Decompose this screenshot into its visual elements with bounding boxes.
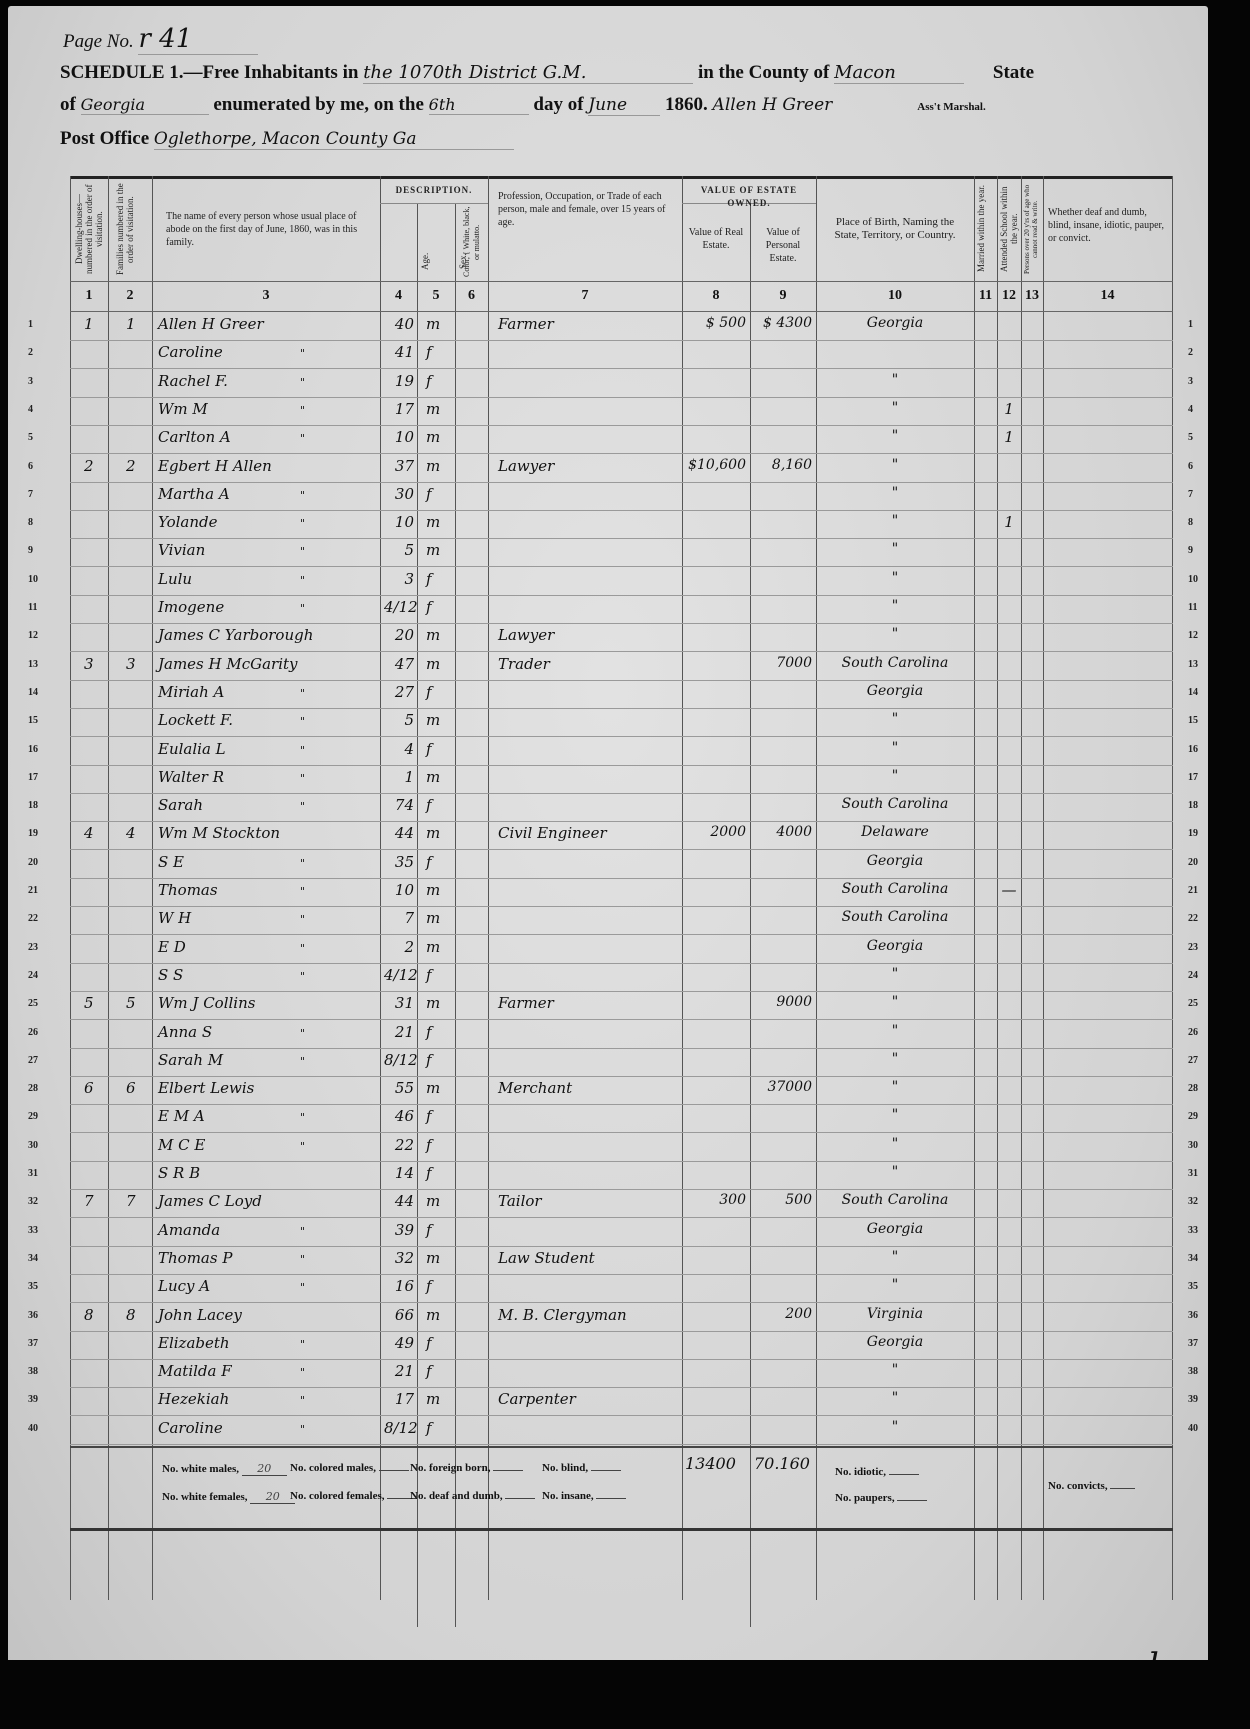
table-bottom-rule [70,1528,1173,1531]
birthplace: Georgia [820,683,970,699]
sex: m [426,1306,440,1324]
table-row: 6 6 2 2 Egbert H Allen 37 m Lawyer $10,6… [70,455,1173,483]
occupation: Farmer [498,315,554,333]
colored-males-blank [379,1470,409,1471]
ditto-mark: " [300,800,305,813]
post-office-line: Post Office Oglethorpe, Macon County Ga [60,128,514,150]
line-number-right: 30 [1188,1140,1198,1151]
district-value: the 1070th District G.M. [363,62,693,84]
occupation: Civil Engineer [498,824,607,842]
sex: m [426,909,440,927]
sex: m [426,513,440,531]
ditto-mark: " [300,1140,305,1153]
birthplace: Georgia [820,938,970,954]
col-number: 1 [70,288,108,304]
line-number-right: 8 [1188,517,1193,528]
line-number-right: 21 [1188,885,1198,896]
line-number-left: 18 [28,800,38,811]
table-row: 28 28 6 6 Elbert Lewis 55 m Merchant 370… [70,1077,1173,1105]
line-number-right: 40 [1188,1423,1198,1434]
age: 4/12 [384,598,414,616]
sex: m [426,1192,440,1210]
enumerated-label: enumerated by me, on the [213,94,424,115]
colored-females-total: No. colored females, [290,1490,417,1502]
person-name: S R B [158,1164,200,1182]
ditto-mark: " [300,1111,305,1124]
table-row: 9 9 Vivian " 5 m " [70,539,1173,567]
person-name: Elbert Lewis [158,1079,254,1097]
line-number-right: 10 [1188,574,1198,585]
line-number-left: 33 [28,1225,38,1236]
sex: f [426,1277,432,1295]
sex: m [426,315,440,333]
occupation: Lawyer [498,457,554,475]
ditto-mark: " [300,1338,305,1351]
white-males-value: 20 [242,1462,287,1476]
col-number: 9 [750,288,816,304]
dwelling-number: 6 [84,1079,94,1097]
white-females-total: No. white females, 20 [162,1490,295,1504]
line-number-right: 28 [1188,1083,1198,1094]
person-name: Eulalia L [158,740,226,758]
person-name: Amanda [158,1221,220,1239]
table-row: 13 13 3 3 James H McGarity 47 m Trader 7… [70,653,1173,681]
table-row: 15 15 Lockett F. " 5 m " [70,709,1173,737]
table-row: 8 8 Yolande " 10 m " 1 [70,511,1173,539]
age: 2 [384,938,414,956]
line-number-right: 7 [1188,489,1193,500]
family-number: 2 [126,457,136,475]
paupers-label: No. paupers, [835,1492,895,1504]
sex: f [426,796,432,814]
attended-school: — [999,881,1019,899]
line-number-left: 32 [28,1196,38,1207]
attended-school: 1 [999,400,1019,418]
age: 10 [384,513,414,531]
ditto-mark: " [300,602,305,615]
line-number-right: 17 [1188,772,1198,783]
occupation: M. B. Clergyman [498,1306,627,1324]
age: 66 [384,1306,414,1324]
person-name: M C E [158,1136,205,1154]
colored-males-label: No. colored males, [290,1462,376,1474]
deaf-dumb-blank [505,1498,535,1499]
personal-estate-value: 8,160 [752,457,812,473]
col-number: 7 [488,288,682,304]
age: 17 [384,1390,414,1408]
real-estate-value: 2000 [684,824,746,840]
age: 1 [384,768,414,786]
day-value: 6th [429,95,529,115]
line-number-left: 23 [28,942,38,953]
age: 3 [384,570,414,588]
col-number: 13 [1021,288,1043,304]
real-estate-total: 13400 [685,1454,736,1473]
sex: f [426,966,432,984]
foreign-born-label: No. foreign born, [410,1462,490,1474]
birthplace: Georgia [820,1334,970,1350]
blind-blank [591,1470,621,1471]
family-number: 3 [126,655,136,673]
birthplace: " [820,740,970,756]
person-name: James C Yarborough [158,626,313,644]
age: 37 [384,457,414,475]
birthplace: Virginia [820,1306,970,1322]
person-name: Caroline [158,1419,223,1437]
table-row: 33 33 Amanda " 39 f Georgia [70,1219,1173,1247]
table-row: 17 17 Walter R " 1 m " [70,766,1173,794]
sex: m [426,1079,440,1097]
line-number-right: 11 [1188,602,1197,613]
table-row: 31 31 S R B 14 f " [70,1162,1173,1190]
day-of-label: day of [533,94,583,115]
line-number-right: 5 [1188,432,1193,443]
line-number-right: 38 [1188,1366,1198,1377]
table-row: 7 7 Martha A " 30 f " [70,483,1173,511]
sex: m [426,457,440,475]
line-number-left: 9 [28,545,33,556]
age: 4 [384,740,414,758]
post-office-label: Post Office [60,128,149,149]
person-name: Matilda F [158,1362,232,1380]
age: 30 [384,485,414,503]
birthplace: " [820,428,970,444]
age: 20 [384,626,414,644]
person-name: John Lacey [158,1306,242,1324]
foreign-born-blank [493,1470,523,1471]
sex: m [426,994,440,1012]
table-row: 11 11 Imogene " 4/12 f " [70,596,1173,624]
convicts-label: No. convicts, [1048,1480,1108,1492]
person-name: Thomas P [158,1249,232,1267]
idiotic-blank [889,1474,919,1475]
col-number: 3 [152,288,380,304]
occupation: Carpenter [498,1390,576,1408]
ditto-mark: " [300,857,305,870]
line-number-left: 36 [28,1310,38,1321]
dwelling-number: 3 [84,655,94,673]
line-number-right: 9 [1188,545,1193,556]
birthplace: " [820,1390,970,1406]
person-name: Yolande [158,513,218,531]
ditto-mark: " [300,1055,305,1068]
line-number-left: 16 [28,744,38,755]
sex: m [426,938,440,956]
state-value: Georgia [81,95,209,115]
sex: f [426,1419,432,1437]
real-estate-value: $10,600 [684,457,746,473]
family-number: 6 [126,1079,136,1097]
age: 21 [384,1023,414,1041]
white-males-label: No. white males, [162,1463,239,1475]
line-number-right: 6 [1188,461,1193,472]
birthplace: " [820,541,970,557]
person-name: E M A [158,1107,205,1125]
sex: f [426,740,432,758]
county-label: in the County of [698,62,829,83]
birthplace: " [820,1051,970,1067]
line-number-right: 4 [1188,404,1193,415]
foreign-born-total: No. foreign born, [410,1462,523,1474]
sex: f [426,1221,432,1239]
line-number-right: 35 [1188,1281,1198,1292]
ditto-mark: " [300,404,305,417]
personal-estate-value: 500 [752,1192,812,1208]
sex: m [426,626,440,644]
age: 7 [384,909,414,927]
ditto-mark: " [300,489,305,502]
sex: f [426,372,432,390]
age: 32 [384,1249,414,1267]
person-name: Sarah [158,796,203,814]
ditto-mark: " [300,1423,305,1436]
col-number: 14 [1043,288,1172,304]
sex: m [426,655,440,673]
col-name-header: The name of every person whose usual pla… [166,210,366,249]
dwelling-number: 2 [84,457,94,475]
birthplace: " [820,768,970,784]
real-estate-value: 300 [684,1192,746,1208]
occupation: Lawyer [498,626,554,644]
description-group-header: Description. [380,184,488,197]
sex: f [426,1136,432,1154]
estate-group-header: Value of Estate Owned. [682,184,816,210]
age: 8/12 [384,1419,414,1437]
sex: f [426,1023,432,1041]
occupation: Tailor [498,1192,542,1210]
age: 17 [384,400,414,418]
col-family-header: Families numbered in the order of visita… [115,182,145,277]
birthplace: Georgia [820,315,970,331]
person-name: Carlton A [158,428,231,446]
birthplace: " [820,570,970,586]
age: 49 [384,1334,414,1352]
personal-estate-value: 9000 [752,994,812,1010]
ditto-mark: " [300,913,305,926]
real-estate-value: $ 500 [684,315,746,331]
line-number-left: 20 [28,857,38,868]
ditto-mark: " [300,970,305,983]
col-number: 5 [417,288,455,304]
personal-estate-value: 7000 [752,655,812,671]
line-number-right: 13 [1188,659,1198,670]
year-label: 1860. [665,94,708,115]
person-name: Martha A [158,485,230,503]
person-name: Caroline [158,343,223,361]
sex: f [426,570,432,588]
colored-females-label: No. colored females, [290,1490,385,1502]
census-page: Page No. r 41 SCHEDULE 1.—Free Inhabitan… [8,6,1208,1706]
sex: f [426,1051,432,1069]
person-name: Hezekiah [158,1390,229,1408]
line-number-left: 7 [28,489,33,500]
line-number-left: 1 [28,319,33,330]
line-number-right: 37 [1188,1338,1198,1349]
line-number-right: 19 [1188,828,1198,839]
line-number-right: 14 [1188,687,1198,698]
col-occupation-header: Profession, Occupation, or Trade of each… [498,190,676,229]
table-row: 34 34 Thomas P " 32 m Law Student " [70,1247,1173,1275]
birthplace: " [820,1079,970,1095]
line-number-right: 26 [1188,1027,1198,1038]
person-name: Lulu [158,570,192,588]
person-name: Anna S [158,1023,212,1041]
sex: f [426,343,432,361]
description-underline [380,203,488,204]
table-row: 4 4 Wm M " 17 m " 1 [70,398,1173,426]
age: 5 [384,541,414,559]
ditto-mark: " [300,885,305,898]
ditto-mark: " [300,574,305,587]
age: 21 [384,1362,414,1380]
line-number-left: 29 [28,1111,38,1122]
line-number-left: 4 [28,404,33,415]
line-number-right: 33 [1188,1225,1198,1236]
table-row: 32 32 7 7 James C Loyd 44 m Tailor 300 5… [70,1190,1173,1218]
birthplace: South Carolina [820,796,970,812]
row-rule [70,1444,1173,1445]
convicts-total: No. convicts, [1048,1480,1135,1492]
line-number-left: 19 [28,828,38,839]
line-number-left: 10 [28,574,38,585]
age: 5 [384,711,414,729]
insane-total: No. insane, [542,1490,626,1502]
line-number-left: 39 [28,1394,38,1405]
person-name: W H [158,909,191,927]
table-row: 18 18 Sarah " 74 f South Carolina [70,794,1173,822]
col-school-header: Attended School within the year. [999,180,1019,278]
blind-label: No. blind, [542,1462,588,1474]
table-row: 3 3 Rachel F. " 19 f " [70,370,1173,398]
dwelling-number: 7 [84,1192,94,1210]
table-row: 16 16 Eulalia L " 4 f " [70,738,1173,766]
person-name: Egbert H Allen [158,457,272,475]
line-number-right: 20 [1188,857,1198,868]
age: 55 [384,1079,414,1097]
table-row: 37 37 Elizabeth " 49 f Georgia [70,1332,1173,1360]
birthplace: South Carolina [820,1192,970,1208]
birthplace: " [820,1362,970,1378]
attended-school: 1 [999,513,1019,531]
person-name: Wm M Stockton [158,824,280,842]
sex: m [426,1249,440,1267]
birthplace: " [820,1419,970,1435]
table-row: 2 2 Caroline " 41 f [70,341,1173,369]
age: 27 [384,683,414,701]
sex: f [426,1334,432,1352]
line-number-left: 34 [28,1253,38,1264]
state-label: State [993,62,1034,83]
line-number-left: 8 [28,517,33,528]
col-number: 12 [997,288,1021,304]
family-number: 1 [126,315,136,333]
family-number: 7 [126,1192,136,1210]
marshal-name: Allen H Greer [713,95,913,115]
colored-males-total: No. colored males, [290,1462,409,1474]
birthplace: " [820,1277,970,1293]
dwelling-number: 5 [84,994,94,1012]
enumeration-line: of Georgia enumerated by me, on the 6th … [60,94,986,116]
person-name: Elizabeth [158,1334,230,1352]
col-illiterate-header: Persons over 20 y'rs of age who cannot r… [1023,180,1042,278]
ditto-mark: " [300,517,305,530]
table-row: 24 24 S S " 4/12 f " [70,964,1173,992]
convicts-blank [1110,1488,1135,1489]
line-number-left: 24 [28,970,38,981]
attended-school: 1 [999,428,1019,446]
sex: m [426,824,440,842]
birthplace: " [820,400,970,416]
ditto-mark: " [300,1281,305,1294]
line-number-right: 29 [1188,1111,1198,1122]
line-number-left: 22 [28,913,38,924]
person-name: Vivian [158,541,205,559]
birthplace: " [820,1249,970,1265]
age: 16 [384,1277,414,1295]
deaf-dumb-label: No. deaf and dumb, [410,1490,503,1502]
line-number-right: 1 [1188,319,1193,330]
table-row: 35 35 Lucy A " 16 f " [70,1275,1173,1303]
person-name: James H McGarity [158,655,298,673]
age: 10 [384,881,414,899]
line-number-left: 21 [28,885,38,896]
line-number-left: 28 [28,1083,38,1094]
person-name: James C Loyd [158,1192,262,1210]
personal-estate-value: 200 [752,1306,812,1322]
white-females-label: No. white females, [162,1491,248,1503]
birthplace: " [820,598,970,614]
header-separator [70,281,1173,282]
line-number-left: 17 [28,772,38,783]
col-personal-estate-header: Value of Personal Estate. [752,226,814,265]
line-number-right: 22 [1188,913,1198,924]
ditto-mark: " [300,376,305,389]
col-number: 8 [682,288,750,304]
idiotic-total: No. idiotic, [835,1466,919,1478]
line-number-left: 11 [28,602,37,613]
col-number: 10 [816,288,974,304]
line-number-right: 16 [1188,744,1198,755]
insane-blank [596,1498,626,1499]
age: 44 [384,824,414,842]
age: 39 [384,1221,414,1239]
ditto-mark: " [300,347,305,360]
page-label: Page No. [63,31,134,52]
line-number-right: 15 [1188,715,1198,726]
birthplace: " [820,457,970,473]
col-real-estate-header: Value of Real Estate. [684,226,748,252]
table-row: 12 12 James C Yarborough 20 m Lawyer " [70,624,1173,652]
sex: f [426,485,432,503]
idiotic-label: No. idiotic, [835,1466,886,1478]
page-number: r 41 [138,24,258,55]
line-number-right: 31 [1188,1168,1198,1179]
birthplace: " [820,513,970,529]
person-name: Imogene [158,598,224,616]
person-name: Walter R [158,768,224,786]
table-row: 22 22 W H " 7 m South Carolina [70,907,1173,935]
line-number-left: 30 [28,1140,38,1151]
sex: m [426,428,440,446]
table-top-rule [70,176,1173,179]
sex: f [426,1107,432,1125]
table-row: 30 30 M C E " 22 f " [70,1134,1173,1162]
line-number-right: 2 [1188,347,1193,358]
ditto-mark: " [300,1394,305,1407]
line-number-left: 14 [28,687,38,698]
table-row: 21 21 Thomas " 10 m South Carolina — [70,879,1173,907]
line-number-left: 3 [28,376,33,387]
